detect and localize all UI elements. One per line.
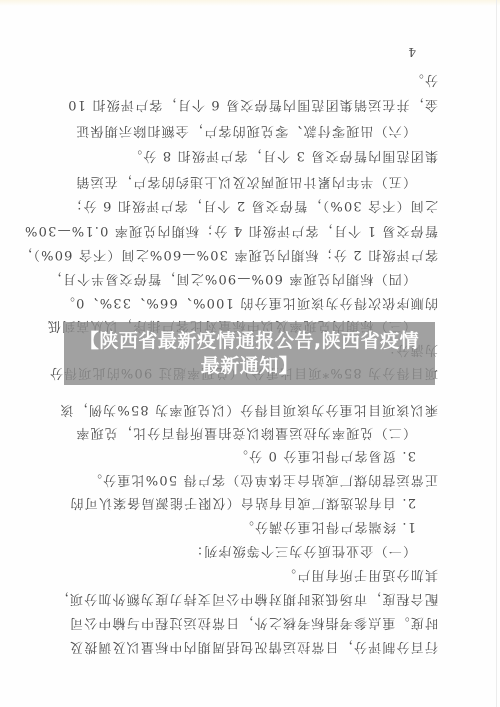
document-line: 之间（不含 30%），暂停交易 2 个月，客户评级扣 6 分；	[68, 197, 438, 213]
document-line: （五）半年内累计出现两次及以上违约的客户，在运销	[75, 173, 416, 189]
document-line: （一）企业性质分为三个等级序列：	[189, 542, 416, 558]
document-line: 2. 自有洗选煤厂或自有站台（仅限于能源局备案认可的	[69, 494, 416, 510]
document-line: 3. 贸易客户得比重分 0 分。	[234, 447, 416, 463]
document-line: 时度。重点参考指标考核之外，日常拉运过程中与榆中公司	[69, 614, 438, 630]
document-line: 乘以该项目比重分为该项目得分（以兑现率为 85%为例，该	[59, 401, 438, 417]
document-line: 暂停交易 1 个月，客户评级扣 4 分；标期内兑现率 0.1%—30%	[24, 222, 438, 238]
document-line: 1. 终端客户得比重分满分。	[240, 518, 416, 534]
document-line: 的顺序依次得分为该项比重分的 100%、66%、33%、0。	[61, 294, 438, 310]
title-overlay-banner: 【陕西省最新疫情通报公告,陕西省疫情最新通知】	[64, 322, 435, 385]
overlay-title: 【陕西省最新疫情通报公告,陕西省疫情最新通知】	[80, 329, 420, 379]
document-line: 行百分制评分，日常拉运情况包括周期内中标量以及调拨及	[69, 638, 438, 654]
document-line: 金，并在运销集团范围内暂停交易 6 个月，客户评级扣 10	[67, 96, 438, 112]
document-line: 集团范围内暂停交易 3 个月，客户评级扣 8 分。	[128, 147, 438, 163]
document-line: 分。	[410, 71, 438, 87]
document-line: 其加分适用于所有用户。	[282, 566, 438, 582]
document-line: 配合程度，市场低迷时期对榆中公司支持力度为额外加分项，	[55, 590, 438, 606]
document-line: 正常运营的煤厂或站台主体单位）客户得 50%比重分。	[88, 471, 438, 487]
document-line: （六）出现零付款、零兑现的客户，全额扣除示期保证	[75, 122, 416, 138]
page-number: 4	[407, 44, 416, 60]
document-line: 客户评级扣 2 分；标期内兑现率 30%—60%之间（不含 60%），	[18, 246, 438, 262]
document-line: （四）标期内兑现率 60%—90%之间，暂停交易半个月，	[47, 270, 416, 286]
document-line: （二）兑现率为拉运量除以竞拍量所得百分比，兑现率	[75, 424, 416, 440]
